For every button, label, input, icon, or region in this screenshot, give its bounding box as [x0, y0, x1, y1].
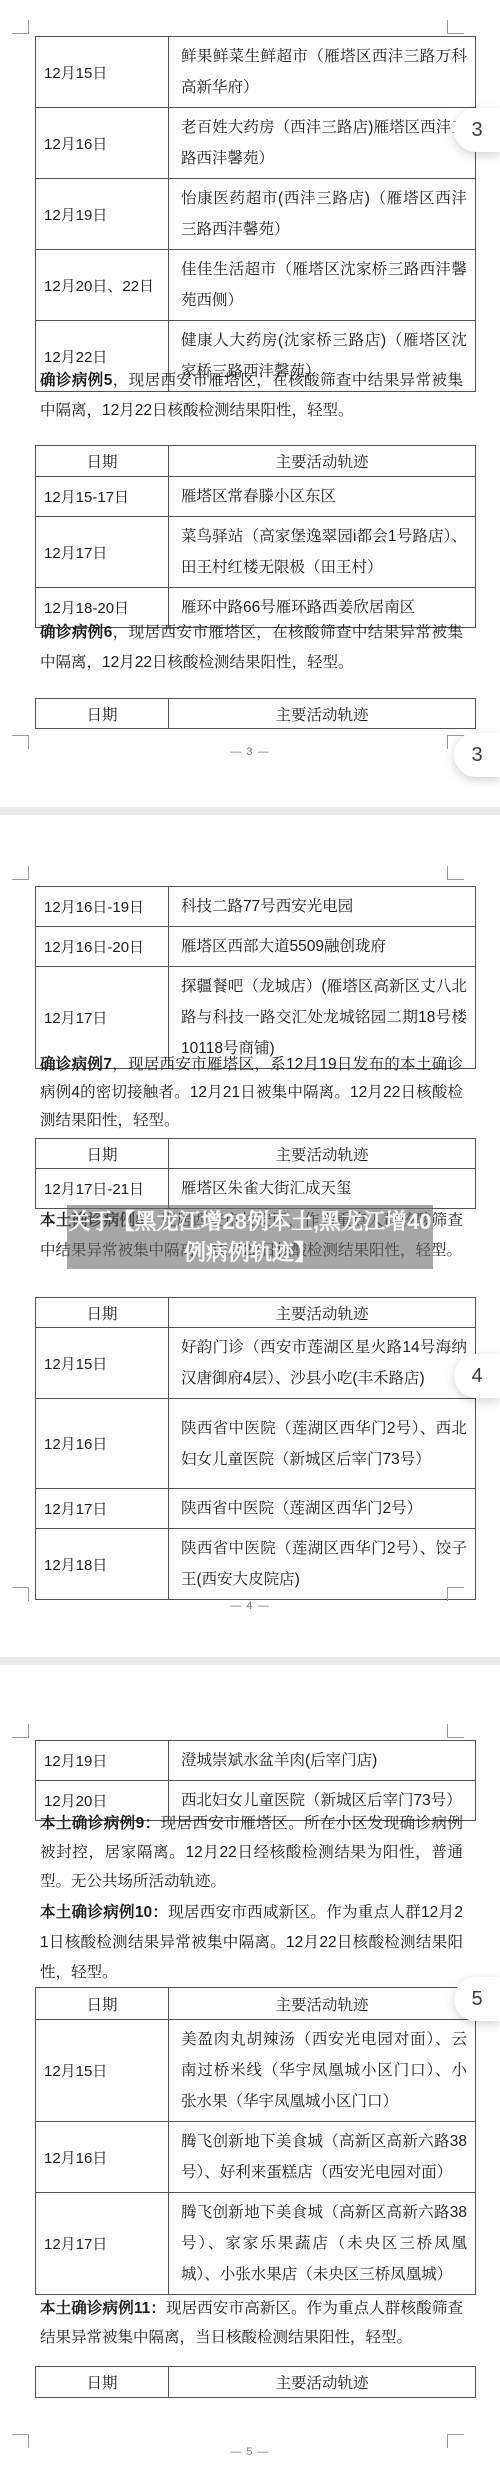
date-cell: 12月16日-20日 — [36, 927, 169, 967]
page-indicator-badge[interactable]: 3 — [454, 108, 500, 152]
table-row: 12月15日好韵门诊（西安市莲湖区星火路14号海纳汉唐御府4层）、沙县小吃(丰禾… — [36, 1328, 476, 1399]
page-footer-number: — 3 — — [0, 746, 500, 758]
table-row: 12月17日-21日雁塔区朱雀大街汇成天玺 — [36, 1169, 476, 1209]
date-cell: 12月17日 — [36, 2193, 169, 2295]
case-paragraph-7: 确诊病例7，现居西安市雁塔区，系12月19日发布的本土确诊病例4的密切接触者。1… — [40, 1051, 463, 1135]
crop-mark-top-left — [28, 1724, 29, 1738]
date-header: 日期 — [36, 2367, 169, 2398]
table-row: 12月20日、22日佳佳生活超市（雁塔区沈家桥三路西沣馨苑西侧） — [36, 250, 476, 321]
trail-header: 主要活动轨迹 — [169, 1139, 476, 1169]
crop-mark-top-left — [12, 33, 29, 34]
date-cell: 12月20日、22日 — [36, 250, 169, 321]
case-paragraph-10: 本土确诊病例10：现居西安市西咸新区。作为重点人群12月21日核酸检测结果异常被… — [40, 1898, 463, 1988]
page-indicator-badge[interactable]: 3 — [454, 733, 500, 777]
crop-mark-top-right — [447, 33, 464, 34]
date-cell: 12月15日 — [36, 37, 169, 108]
page-footer-number: — 5 — — [0, 2446, 500, 2458]
case-label: 本土确诊病例9： — [40, 1815, 161, 1832]
table-row: 12月17日菜鸟驿站（高家堡逸翠园i都会1号路店）、田王村红楼无限极（田王村） — [36, 517, 476, 588]
crop-mark-top-left — [12, 1737, 29, 1738]
trail-cell: 澄城崇斌水盆羊肉(后宰门店) — [169, 1741, 476, 1781]
crop-mark-bottom-left — [28, 1587, 29, 1601]
case-paragraph-11: 本土确诊病例11：现居西安市高新区。作为重点人群核酸筛查结果异常被集中隔离，当日… — [40, 2294, 463, 2352]
date-cell: 12月16日 — [36, 1399, 169, 1489]
table-row: 12月17日腾飞创新地下美食城（高新区高新六路38号）、家家乐果蔬店（未央区三桥… — [36, 2193, 476, 2295]
date-cell: 12月16日 — [36, 2122, 169, 2193]
case-paragraph-9: 本土确诊病例9：现居西安市雁塔区。所在小区发现确诊病例被封控，居家隔离。12月2… — [40, 1809, 463, 1896]
page-break-band — [0, 1657, 500, 1665]
table-header-row: 日期主要活动轨迹 — [36, 446, 476, 477]
activity-table-header-only: 日期主要活动轨迹 — [35, 2366, 476, 2398]
date-cell: 12月19日 — [36, 1741, 169, 1781]
table-row: 12月15日鲜果鲜菜生鲜超市（雁塔区西沣三路万科高新华府） — [36, 37, 476, 108]
case-label: 确诊病例6 — [40, 624, 112, 641]
case-label: 确诊病例7 — [40, 1056, 112, 1073]
page-indicator-badge[interactable]: 5 — [454, 1977, 500, 2021]
crop-mark-bottom-left — [12, 1587, 29, 1588]
crop-mark-top-right — [447, 879, 464, 880]
date-cell: 12月16日-19日 — [36, 887, 169, 927]
trail-cell: 雁塔区朱雀大街汇成天玺 — [169, 1169, 476, 1209]
crop-mark-bottom-right — [447, 2434, 464, 2435]
case-label: 确诊病例5 — [40, 372, 112, 389]
date-cell: 12月15日 — [36, 2020, 169, 2122]
crop-mark-top-left — [28, 866, 29, 880]
crop-mark-top-left — [28, 20, 29, 34]
date-header: 日期 — [36, 446, 169, 477]
table-row: 12月16日老百姓大药房（西沣三路店)雁塔区西沣三路西沣馨苑） — [36, 108, 476, 179]
page-indicator-badge[interactable]: 4 — [454, 1354, 500, 1398]
table-header-row: 日期主要活动轨迹 — [36, 1988, 476, 2020]
trail-header: 主要活动轨迹 — [169, 1988, 476, 2020]
crop-mark-top-right — [447, 20, 448, 34]
trail-cell: 老百姓大药房（西沣三路店)雁塔区西沣三路西沣馨苑） — [169, 108, 476, 179]
trail-cell: 怡康医药超市(西沣三路店)（雁塔区西沣三路西沣馨苑） — [169, 179, 476, 250]
date-header: 日期 — [36, 1298, 169, 1328]
trail-header: 主要活动轨迹 — [169, 1298, 476, 1328]
table-header-row: 日期主要活动轨迹 — [36, 1298, 476, 1328]
table-row: 12月18日陕西省中医院（莲湖区西华门2号）、饺子王(西安大皮院店) — [36, 1529, 476, 1600]
trail-cell: 美盈肉丸胡辣汤（西安光电园对面）、云南过桥米线（华宇凤凰城小区门口）、小张水果（… — [169, 2020, 476, 2122]
activity-table: 日期主要活动轨迹 12月15-17日雁塔区常春滕小区东区 12月17日菜鸟驿站（… — [35, 445, 476, 628]
date-cell: 12月18日 — [36, 1529, 169, 1600]
activity-table: 日期主要活动轨迹 12月15日好韵门诊（西安市莲湖区星火路14号海纳汉唐御府4层… — [35, 1297, 476, 1600]
trail-cell: 好韵门诊（西安市莲湖区星火路14号海纳汉唐御府4层）、沙县小吃(丰禾路店) — [169, 1328, 476, 1399]
date-cell: 12月17日 — [36, 1489, 169, 1529]
crop-mark-bottom-left — [12, 735, 29, 736]
crop-mark-bottom-right — [447, 1587, 448, 1601]
trail-cell: 腾飞创新地下美食城（高新区高新六路38号）、家家乐果蔬店（未央区三桥凤凰城）、小… — [169, 2193, 476, 2295]
crop-mark-bottom-left — [28, 735, 29, 749]
activity-table-continued: 12月16日-19日科技二路77号西安光电园 12月16日-20日雁塔区西部大道… — [35, 886, 476, 1069]
doc-page-5: 12月19日澄城崇斌水盆羊肉(后宰门店) 12月20日西北妇女儿童医院（新城区后… — [0, 1665, 500, 2476]
date-cell: 12月17日 — [36, 517, 169, 588]
trail-cell: 腾飞创新地下美食城（高新区高新六路38号）、好利来蛋糕店（西安光电园对面） — [169, 2122, 476, 2193]
document-canvas: 12月15日鲜果鲜菜生鲜超市（雁塔区西沣三路万科高新华府） 12月16日老百姓大… — [0, 0, 500, 2476]
date-cell: 12月19日 — [36, 179, 169, 250]
table-row: 12月19日澄城崇斌水盆羊肉(后宰门店) — [36, 1741, 476, 1781]
trail-header: 主要活动轨迹 — [169, 446, 476, 477]
page-footer-number: — 4 — — [0, 1600, 500, 1612]
trail-cell: 雁塔区常春滕小区东区 — [169, 477, 476, 517]
trail-cell: 雁塔区西部大道5509融创珑府 — [169, 927, 476, 967]
crop-mark-bottom-right — [447, 735, 464, 736]
trail-cell: 陕西省中医院（莲湖区西华门2号） — [169, 1489, 476, 1529]
case-label: 本土确诊病例11： — [40, 2300, 166, 2317]
case-paragraph-5: 确诊病例5，现居西安市雁塔区，在核酸筛查中结果异常被集中隔离，12月22日核酸检… — [40, 366, 463, 426]
table-header-row: 日期主要活动轨迹 — [36, 1139, 476, 1169]
trail-cell: 鲜果鲜菜生鲜超市（雁塔区西沣三路万科高新华府） — [169, 37, 476, 108]
trail-cell: 佳佳生活超市（雁塔区沈家桥三路西沣馨苑西侧） — [169, 250, 476, 321]
doc-page-3: 12月15日鲜果鲜菜生鲜超市（雁塔区西沣三路万科高新华府） 12月16日老百姓大… — [0, 0, 500, 807]
crop-mark-bottom-right — [447, 2434, 448, 2448]
crop-mark-top-right — [447, 866, 448, 880]
table-row: 12月16日-20日雁塔区西部大道5509融创珑府 — [36, 927, 476, 967]
date-cell: 12月15日 — [36, 1328, 169, 1399]
trail-cell: 科技二路77号西安光电园 — [169, 887, 476, 927]
crop-mark-bottom-left — [12, 2434, 29, 2435]
crop-mark-top-right — [447, 1724, 448, 1738]
table-row: 12月15日美盈肉丸胡辣汤（西安光电园对面）、云南过桥米线（华宇凤凰城小区门口）… — [36, 2020, 476, 2122]
activity-table: 日期主要活动轨迹 12月15日美盈肉丸胡辣汤（西安光电园对面）、云南过桥米线（华… — [35, 1987, 476, 2295]
case-label: 本土确诊病例10： — [40, 1904, 168, 1921]
table-row: 12月17日陕西省中医院（莲湖区西华门2号） — [36, 1489, 476, 1529]
date-header: 日期 — [36, 1139, 169, 1169]
crop-mark-top-left — [12, 879, 29, 880]
table-row: 12月15-17日雁塔区常春滕小区东区 — [36, 477, 476, 517]
trail-cell: 陕西省中医院（莲湖区西华门2号）、西北妇女儿童医院（新城区后宰门73号） — [169, 1399, 476, 1489]
date-header: 日期 — [36, 699, 169, 729]
crop-mark-bottom-right — [447, 735, 448, 749]
activity-table: 日期主要活动轨迹 12月17日-21日雁塔区朱雀大街汇成天玺 — [35, 1138, 476, 1209]
case-paragraph-6: 确诊病例6，现居西安市雁塔区，在核酸筛查中结果异常被集中隔离，12月22日核酸检… — [40, 618, 463, 678]
crop-mark-top-right — [447, 1737, 464, 1738]
watermark-title-overlay: 关于【黑龙江增28例本土,黑龙江增40例病例轨迹】 — [67, 1205, 433, 1269]
crop-mark-bottom-right — [447, 1587, 464, 1588]
date-cell: 12月17日-21日 — [36, 1169, 169, 1209]
date-cell: 12月16日 — [36, 108, 169, 179]
table-row: 12月19日怡康医药超市(西沣三路店)（雁塔区西沣三路西沣馨苑） — [36, 179, 476, 250]
table-row: 12月16日陕西省中医院（莲湖区西华门2号）、西北妇女儿童医院（新城区后宰门73… — [36, 1399, 476, 1489]
table-row: 12月16日-19日科技二路77号西安光电园 — [36, 887, 476, 927]
crop-mark-bottom-left — [28, 2434, 29, 2448]
page-break-band — [0, 807, 500, 815]
trail-header: 主要活动轨迹 — [169, 2367, 476, 2398]
table-row: 12月16日腾飞创新地下美食城（高新区高新六路38号）、好利来蛋糕店（西安光电园… — [36, 2122, 476, 2193]
date-cell: 12月15-17日 — [36, 477, 169, 517]
table-header-row: 日期主要活动轨迹 — [36, 699, 476, 729]
trail-cell: 菜鸟驿站（高家堡逸翠园i都会1号路店）、田王村红楼无限极（田王村） — [169, 517, 476, 588]
trail-cell: 陕西省中医院（莲湖区西华门2号）、饺子王(西安大皮院店) — [169, 1529, 476, 1600]
date-header: 日期 — [36, 1988, 169, 2020]
activity-table-continued: 12月15日鲜果鲜菜生鲜超市（雁塔区西沣三路万科高新华府） 12月16日老百姓大… — [35, 36, 476, 392]
table-header-row: 日期主要活动轨迹 — [36, 2367, 476, 2398]
trail-header: 主要活动轨迹 — [169, 699, 476, 729]
activity-table-header-only: 日期主要活动轨迹 — [35, 698, 476, 729]
